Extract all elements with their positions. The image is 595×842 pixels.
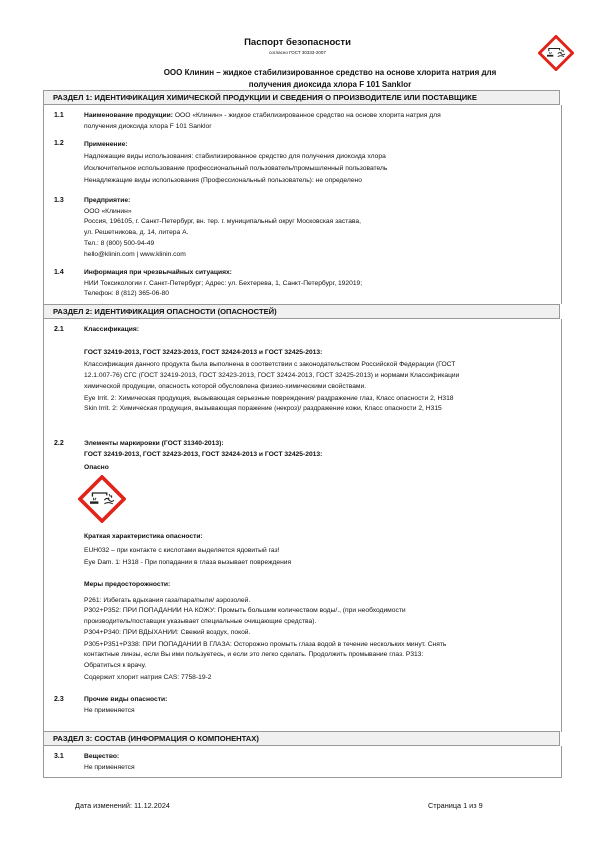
- item-2-3-other-hazards: Прочие виды опасности: Не применяется: [84, 695, 554, 716]
- precaution-statement: производитель/поставщик указывает специа…: [84, 617, 554, 628]
- item-text: Ненадлежащие виды использования (Професс…: [84, 175, 554, 187]
- document-subtitle: согласно ГОСТ 30333-2007: [0, 50, 595, 55]
- signal-word: Опасно: [84, 463, 554, 474]
- precaution-statement: P305+P351+P338: ПРИ ПОПАДАНИИ В ГЛАЗА: О…: [84, 640, 554, 651]
- item-number: 2.2: [54, 440, 64, 447]
- item-text: ООО «Клинин» - жидкое стабилизированное …: [173, 112, 441, 119]
- item-number: 1.1: [54, 112, 64, 119]
- cas-number: Содержит хлорит натрия CAS: 7758-19-2: [84, 673, 554, 684]
- item-label: Элементы маркировки (ГОСТ 31340-2013):: [84, 439, 554, 450]
- item-number: 1.3: [54, 197, 64, 204]
- section-1-header: РАЗДЕЛ 1: ИДЕНТИФИКАЦИЯ ХИМИЧЕСКОЙ ПРОДУ…: [43, 90, 560, 105]
- product-name-heading: ООО Клинин – жидкое стабилизированное ср…: [130, 67, 530, 91]
- precaution-statement: P304+P340: ПРИ ВДЫХАНИИ: Свежий воздух, …: [84, 628, 554, 639]
- precaution-statement: Обратиться к врачу.: [84, 661, 554, 672]
- item-label: Информация при чрезвычайных ситуациях:: [84, 268, 554, 279]
- hazard-statement: Eye Dam. 1: H318 - При попадании в глаза…: [84, 557, 554, 569]
- item-text: получения диоксида хлора F 101 Sanklor: [84, 122, 554, 133]
- item-1-3-company: Предприятие: ООО «Клинин» Россия, 196105…: [84, 196, 554, 260]
- item-1-1-product-name: Наименование продукции: ООО «Клинин» - ж…: [84, 111, 554, 132]
- item-number: 1.4: [54, 269, 64, 276]
- item-2-2-labelling: Элементы маркировки (ГОСТ 31340-2013): Г…: [84, 439, 554, 474]
- hazard-class: Skin Irrit. 2: Химическая продукция, выз…: [84, 404, 554, 415]
- section-2-header: РАЗДЕЛ 2: ИДЕНТИФИКАЦИЯ ОПАСНОСТИ (ОПАСН…: [43, 304, 560, 319]
- item-number: 1.2: [54, 140, 64, 147]
- precaution-statement: P302+P352: ПРИ ПОПАДАНИИ НА КОЖУ: Промыт…: [84, 606, 554, 617]
- item-text: Классификация данного продукта была выпо…: [84, 360, 554, 371]
- hazard-class: Eye Irrit. 2: Химическая продукция, вызы…: [84, 394, 554, 405]
- item-label: Наименование продукции:: [84, 112, 173, 119]
- item-label: Вещество:: [84, 752, 554, 763]
- item-label: Прочие виды опасности:: [84, 695, 554, 706]
- item-text: Не применяется: [84, 706, 554, 717]
- ghs05-corrosion-icon: [538, 35, 574, 71]
- company-address: ул. Решетникова, д. 14, литера А.: [84, 228, 554, 239]
- item-text: НИИ Токсикологии г. Санкт-Петербург; Адр…: [84, 279, 554, 290]
- precaution-statement: контактные линзы, если Вы ими пользуетес…: [84, 650, 554, 661]
- item-text: Не применяется: [84, 763, 554, 774]
- item-text: химической продукции, опасность которой …: [84, 382, 554, 393]
- precaution-label: Меры предосторожности:: [84, 580, 554, 591]
- hazard-statements: Краткая характеристика опасности: EUH032…: [84, 531, 554, 569]
- item-1-4-emergency: Информация при чрезвычайных ситуациях: Н…: [84, 268, 554, 300]
- item-number: 2.3: [54, 696, 64, 703]
- item-1-2-application: Применение: Надлежащие виды использовани…: [84, 139, 554, 187]
- item-label: Предприятие:: [84, 196, 554, 207]
- precaution-statement: P261: Избегать вдыхания газа/пара/пыли/ …: [84, 596, 554, 607]
- company-name: ООО «Клинин»: [84, 207, 554, 218]
- item-text: Надлежащие виды использования: стабилизи…: [84, 151, 554, 163]
- item-label: Классификация:: [84, 325, 554, 336]
- document-title: Паспорт безопасности: [0, 37, 595, 48]
- section-3-header: РАЗДЕЛ 3: СОСТАВ (ИНФОРМАЦИЯ О КОМПОНЕНТ…: [43, 731, 560, 746]
- ghs05-corrosion-icon: [78, 475, 126, 523]
- company-address: Россия, 196105, г. Санкт-Петербург, вн. …: [84, 217, 554, 228]
- hazard-statement: EUH032 – при контакте с кислотами выделя…: [84, 545, 554, 557]
- item-number: 3.1: [54, 753, 64, 760]
- item-text: 12.1.007-76) СГС (ГОСТ 32419-2013, ГОСТ …: [84, 371, 554, 382]
- gost-line: ГОСТ 32419-2013, ГОСТ 32423-2013, ГОСТ 3…: [84, 450, 554, 461]
- hazard-label: Краткая характеристика опасности:: [84, 531, 554, 543]
- revision-date: Дата изменений: 11.12.2024: [75, 801, 170, 810]
- company-contacts[interactable]: hello@klinin.com | www.klinin.com: [84, 250, 554, 261]
- item-2-1-classification: Классификация: ГОСТ 32419-2013, ГОСТ 324…: [84, 325, 554, 415]
- company-phone: Тел.: 8 (800) 500-94-49: [84, 239, 554, 250]
- gost-line: ГОСТ 32419-2013, ГОСТ 32423-2013, ГОСТ 3…: [84, 348, 554, 359]
- item-number: 2.1: [54, 326, 64, 333]
- precautionary-statements: Меры предосторожности: P261: Избегать вд…: [84, 580, 554, 683]
- item-text: Исключительное использование профессиона…: [84, 163, 554, 175]
- item-3-1-substance: Вещество: Не применяется: [84, 752, 554, 773]
- emergency-phone: Телефон: 8 (812) 365-06-80: [84, 289, 554, 300]
- page-number: Страница 1 из 9: [428, 801, 483, 810]
- item-label: Применение:: [84, 139, 554, 151]
- product-name-line1: ООО Клинин – жидкое стабилизированное ср…: [130, 67, 530, 79]
